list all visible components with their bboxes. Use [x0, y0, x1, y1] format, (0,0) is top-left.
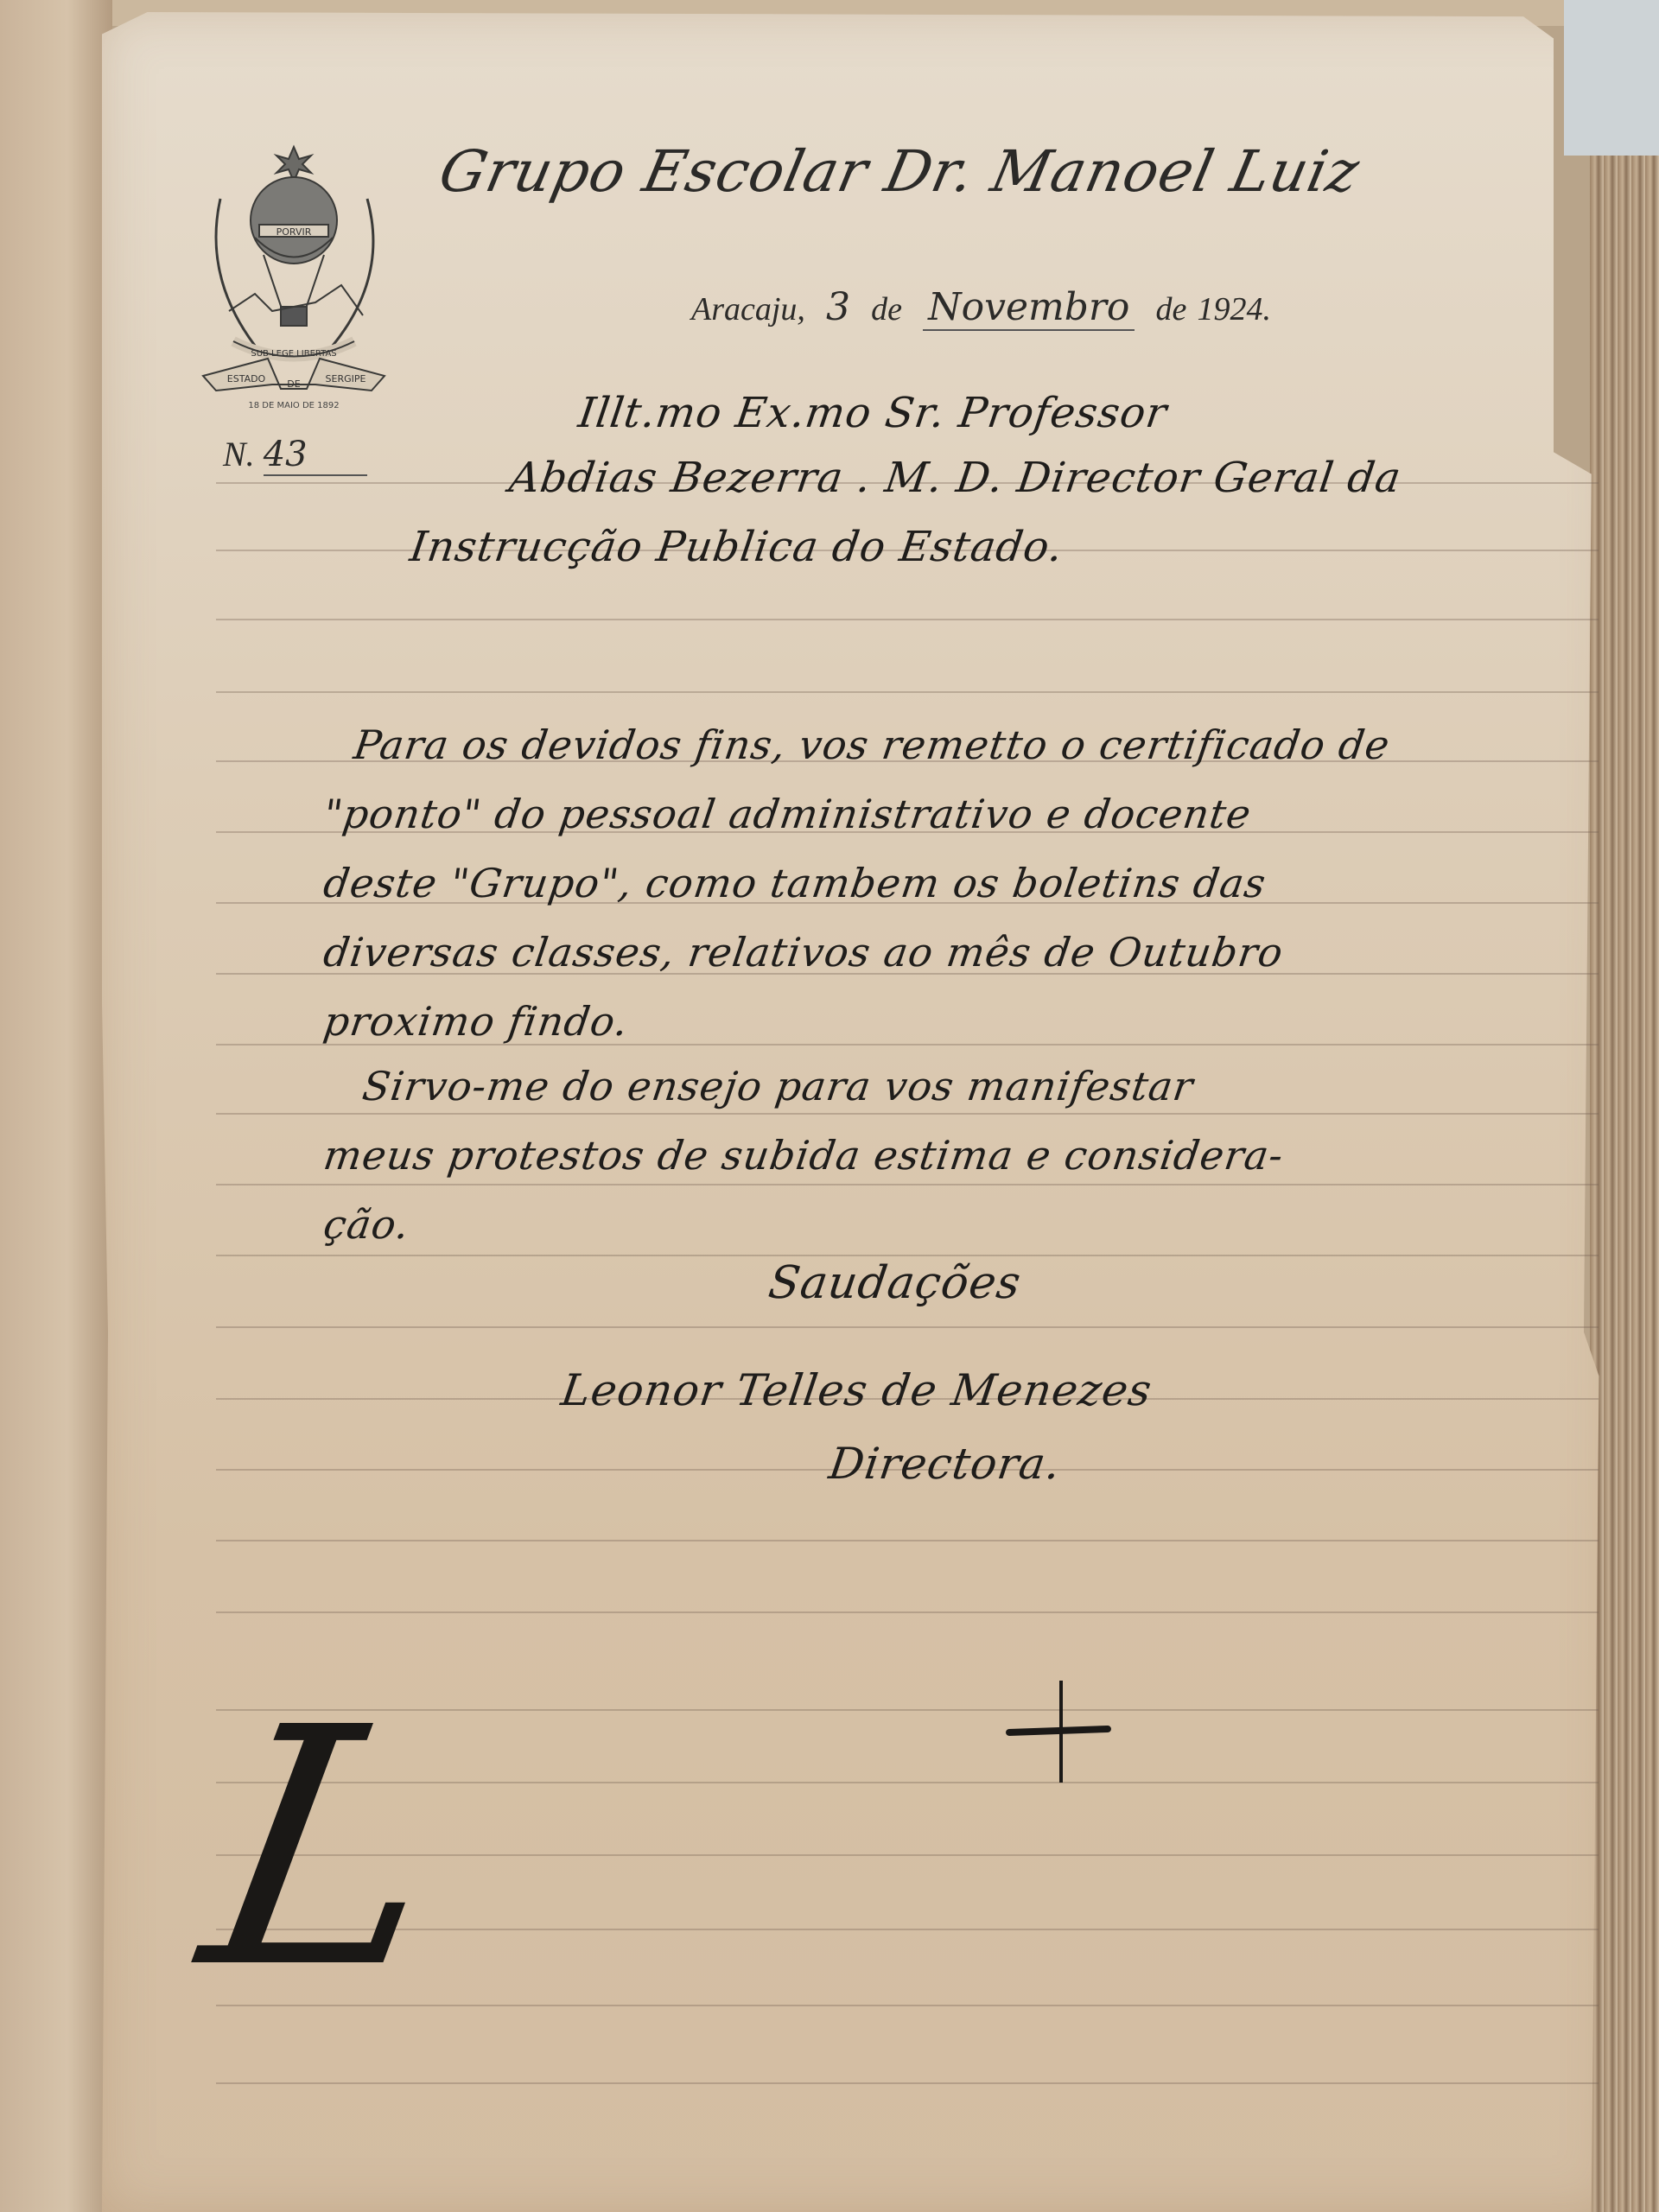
body-line: deste "Grupo", como tambem os boletins d…	[321, 860, 1269, 906]
reference-value: 43	[264, 435, 367, 476]
ruled-line	[216, 1540, 1599, 1541]
cross-horizontal-stroke	[1006, 1726, 1111, 1736]
addressee-line-1: Illt.mo Ex.mo Sr. Professor	[575, 389, 1170, 437]
svg-text:ESTADO: ESTADO	[227, 373, 266, 385]
svg-text:SUB LEGE LIBERTAS: SUB LEGE LIBERTAS	[251, 349, 336, 359]
month: Novembro	[923, 285, 1135, 331]
reference-number: N. 43	[223, 434, 367, 476]
body-line: Para os devidos fins, vos remetto o cert…	[351, 721, 1393, 768]
ruled-line	[216, 1113, 1599, 1115]
ruled-line	[216, 619, 1599, 620]
salutation: Saudações	[766, 1257, 1025, 1309]
body-line: diversas classes, relativos ao mês de Ou…	[321, 929, 1287, 976]
balloon-crest-icon: PORVIR SUB LEGE LIBERTAS ESTADO DE SERGI…	[186, 138, 402, 415]
ruled-line	[216, 2005, 1599, 2006]
coat-of-arms-emblem: PORVIR SUB LEGE LIBERTAS ESTADO DE SERGI…	[186, 138, 402, 415]
ruled-line	[216, 1929, 1599, 1930]
addressee-line-2: Abdias Bezerra . M. D. Director Geral da	[506, 454, 1404, 502]
day: 3	[826, 285, 850, 329]
background-paper-stack	[1590, 156, 1659, 2212]
svg-text:PORVIR: PORVIR	[276, 226, 312, 238]
dateline: Aracaju, 3 de Novembro de 1924.	[691, 285, 1271, 329]
cross-mark-icon	[1002, 1681, 1115, 1784]
date-de-1: de	[871, 291, 902, 327]
signature-title: Directora.	[826, 1439, 1065, 1489]
reference-label: N.	[223, 435, 255, 474]
ruled-line	[216, 1255, 1599, 1256]
addressee-line-3: Instrucção Publica do Estado.	[407, 523, 1066, 571]
background-wall	[1564, 0, 1659, 156]
background-adjacent-page	[0, 0, 112, 2212]
ruled-line	[216, 1611, 1599, 1613]
ruled-line	[216, 1184, 1599, 1185]
svg-text:18 DE MAIO DE 1892: 18 DE MAIO DE 1892	[248, 401, 339, 410]
body-line: meus protestos de subida estima e consid…	[321, 1132, 1287, 1179]
ruled-line	[216, 1326, 1599, 1328]
body-line: proximo findo.	[321, 998, 632, 1045]
date-de-2: de	[1156, 291, 1187, 327]
svg-text:DE: DE	[287, 378, 300, 390]
ruled-line	[216, 2082, 1599, 2084]
year: 1924.	[1197, 291, 1271, 327]
body-line: "ponto" do pessoal administrativo e doce…	[321, 791, 1254, 837]
place: Aracaju,	[691, 291, 805, 327]
body-line: Sirvo-me do ensejo para vos manifestar	[359, 1063, 1196, 1109]
svg-text:SERGIPE: SERGIPE	[326, 373, 366, 385]
ruled-line	[216, 691, 1599, 693]
body-line: ção.	[321, 1201, 412, 1248]
signature-name: Leonor Telles de Menezes	[558, 1365, 1155, 1415]
letterhead-institution-name: Grupo Escolar Dr. Manoel Luiz	[434, 138, 1366, 205]
